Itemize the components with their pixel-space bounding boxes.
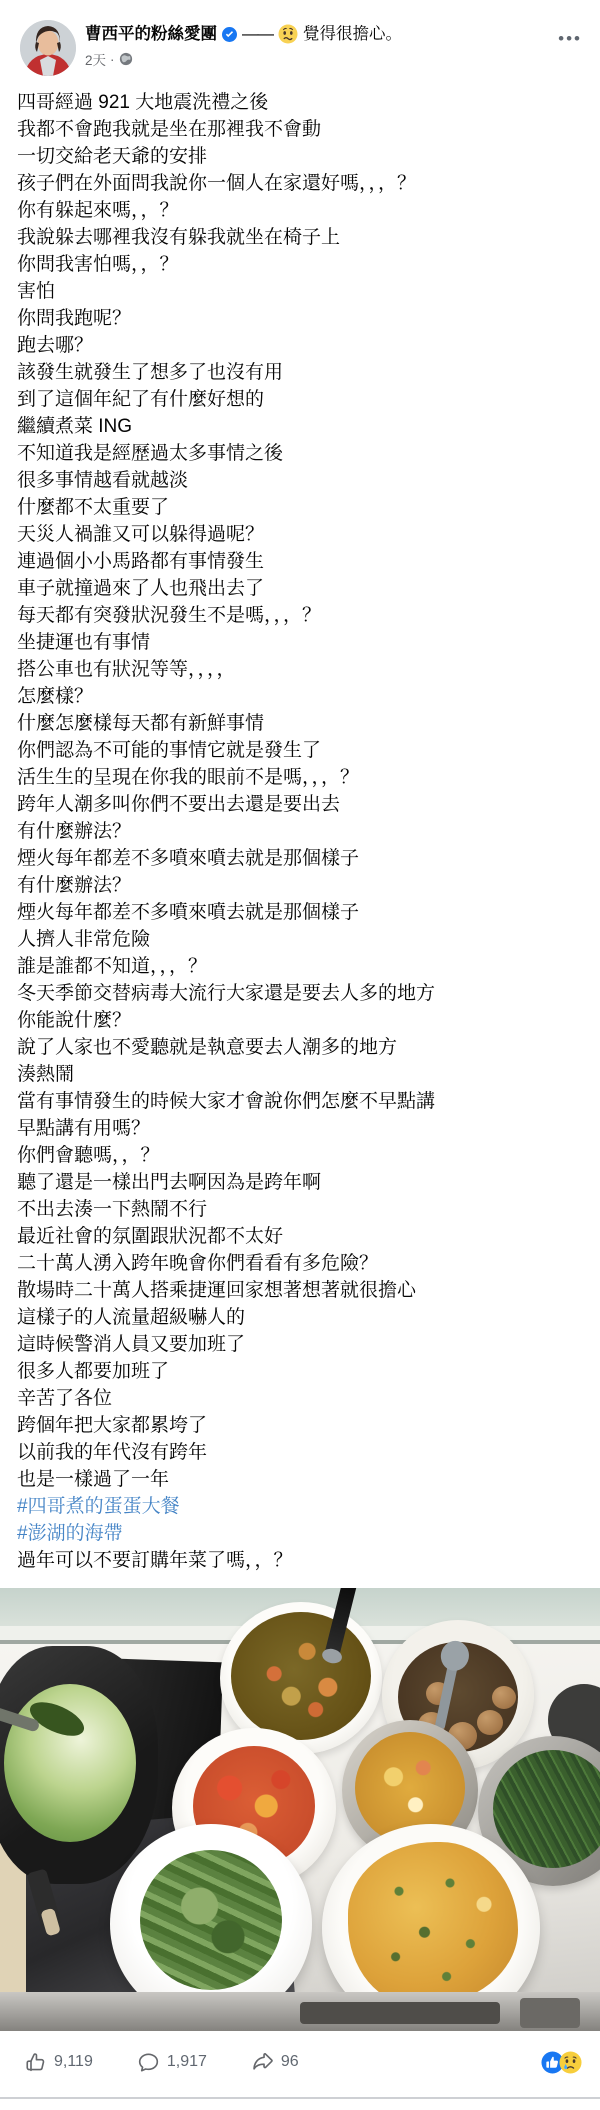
post-line: 一切交給老天爺的安排	[17, 143, 583, 170]
post-text: 四哥經過 921 大地震洗禮之後我都不會跑我就是坐在那裡我不會動一切交給老天爺的…	[0, 82, 600, 1582]
post-line: 坐捷運也有事情	[17, 629, 583, 656]
share-count: 96	[281, 2053, 299, 2071]
post-line: 車子就撞過來了人也飛出去了	[17, 575, 583, 602]
hashtag-link[interactable]: #澎湖的海帶	[17, 1520, 583, 1547]
post-line: 過年可以不要訂購年菜了嗎，，？	[17, 1547, 583, 1574]
post-line: 孩子們在外面問我說你一個人在家還好嗎，，，？	[17, 170, 583, 197]
post-line: 到了這個年紀了有什麼好想的	[17, 386, 583, 413]
post-line: 有什麼辦法？	[17, 818, 583, 845]
post-line: 你能說什麼？	[17, 1007, 583, 1034]
share-arrow-icon	[251, 2051, 274, 2074]
post-line: 你有躲起來嗎，，？	[17, 197, 583, 224]
post-line: 你們會聽嗎，，？	[17, 1142, 583, 1169]
comment-bubble-icon	[137, 2051, 160, 2074]
like-button[interactable]: 9,119	[24, 2051, 93, 2074]
post-line: 害怕	[17, 278, 583, 305]
post-line: 跨個年把大家都累垮了	[17, 1412, 583, 1439]
name-row: 曹西平的粉絲愛團 —— 覺得很擔心。	[85, 23, 402, 45]
post-line: 我都不會跑我就是坐在那裡我不會動	[17, 116, 583, 143]
green-soup-pot	[0, 1646, 158, 1884]
post-line: 你們認為不可能的事情它就是發生了	[17, 737, 583, 764]
post-line: 我說躲去哪裡我沒有躲我就坐在椅子上	[17, 224, 583, 251]
post-line: 煙火每年都差不多噴來噴去就是那個樣子	[17, 845, 583, 872]
bottom-divider	[0, 2097, 600, 2099]
post-line: 有什麼辦法？	[17, 872, 583, 899]
post-line: 聽了還是一樣出門去啊因為是跨年啊	[17, 1169, 583, 1196]
sad-reaction-badge	[559, 2051, 582, 2074]
post-line: 活生生的呈現在你我的眼前不是嗎，，，？	[17, 764, 583, 791]
post-line: 很多事情越看就越淡	[17, 467, 583, 494]
meta-dot: ·	[110, 52, 115, 67]
share-button[interactable]: 96	[251, 2051, 299, 2074]
post-line: 天災人禍誰又可以躲得過呢？	[17, 521, 583, 548]
post-line: 每天都有突發狀況發生不是嗎，，，？	[17, 602, 583, 629]
post-line: 早點講有用嗎？	[17, 1115, 583, 1142]
page-name[interactable]: 曹西平的粉絲愛團	[85, 23, 217, 45]
green-onion-omelette	[348, 1842, 518, 2006]
verified-badge-icon	[222, 27, 237, 42]
post-line: 當有事情發生的時候大家才會說你們怎麼不早點講	[17, 1088, 583, 1115]
green-soup	[4, 1684, 136, 1842]
post-line: 什麼怎麼樣每天都有新鮮事情	[17, 710, 583, 737]
post-line: 這樣子的人流量超級嚇人的	[17, 1304, 583, 1331]
avatar[interactable]	[20, 20, 76, 76]
comment-button[interactable]: 1,917	[137, 2051, 207, 2074]
post-line: 這時候警消人員又要加班了	[17, 1331, 583, 1358]
post-line: 最近社會的氛圍跟狀況都不太好	[17, 1223, 583, 1250]
post-line: 跨年人潮多叫你們不要出去還是要出去	[17, 791, 583, 818]
post-line: 也是一樣過了一年	[17, 1466, 583, 1493]
post-line: 以前我的年代沒有跨年	[17, 1439, 583, 1466]
post-line: 該發生就發生了想多了也沒有用	[17, 359, 583, 386]
header-text: 曹西平的粉絲愛團 —— 覺得很擔心。 2天 ·	[85, 20, 402, 76]
stir-fried-greens	[493, 1750, 600, 1868]
feeling-text: 覺得很擔心。	[303, 23, 402, 45]
reaction-summary[interactable]	[541, 2051, 582, 2074]
worried-emoji	[278, 24, 298, 44]
avatar-photo	[20, 20, 76, 76]
braised-egg	[477, 1710, 503, 1735]
post-line: 人擠人非常危險	[17, 926, 583, 953]
post-line: 說了人家也不愛聽就是執意要去人潮多的地方	[17, 1034, 583, 1061]
post-line: 誰是誰都不知道，，，？	[17, 953, 583, 980]
post-line: 散場時二十萬人搭乘捷運回家想著想著就很擔心	[17, 1277, 583, 1304]
post-line: 不出去湊一下熱鬧不行	[17, 1196, 583, 1223]
post-line: 什麼都不太重要了	[17, 494, 583, 521]
post-line: 煙火每年都差不多噴來噴去就是那個樣子	[17, 899, 583, 926]
engagement-bar: 9,119 1,917 96	[0, 2031, 600, 2093]
post-header: 曹西平的粉絲愛團 —— 覺得很擔心。 2天 ·	[0, 0, 600, 82]
post-photo[interactable]: SAKURA	[0, 1588, 600, 2031]
post-line: 不知道我是經歷過太多事情之後	[17, 440, 583, 467]
timestamp[interactable]: 2天	[85, 49, 106, 69]
post-line: 你問我跑呢？	[17, 305, 583, 332]
post-line: 繼續煮菜 ING	[17, 413, 583, 440]
post-line: 很多人都要加班了	[17, 1358, 583, 1385]
post-line: 冬天季節交替病毒大流行大家還是要去人多的地方	[17, 980, 583, 1007]
post-line: 跑去哪？	[17, 332, 583, 359]
like-count: 9,119	[54, 2053, 93, 2071]
post-line: 四哥經過 921 大地震洗禮之後	[17, 89, 583, 116]
braised-egg	[492, 1686, 516, 1709]
post-line: 二十萬人湧入跨年晚會你們看看有多危險？	[17, 1250, 583, 1277]
comment-count: 1,917	[167, 2053, 207, 2071]
post-line: 搭公車也有狀況等等，，，，	[17, 656, 583, 683]
post-meta: 2天 ·	[85, 49, 402, 69]
feeling-dash: ——	[242, 23, 273, 45]
hashtag-link[interactable]: #四哥煮的蛋蛋大餐	[17, 1493, 583, 1520]
washer-band	[0, 1992, 600, 2031]
globe-icon	[119, 52, 133, 66]
post-line: 你問我害怕嗎，，？	[17, 251, 583, 278]
boiled-lettuce	[140, 1850, 282, 1990]
post-line: 辛苦了各位	[17, 1385, 583, 1412]
post-line: 怎麼樣？	[17, 683, 583, 710]
thumbs-up-outline-icon	[24, 2051, 47, 2074]
post-line: 湊熱鬧	[17, 1061, 583, 1088]
post-line: 連過個小小馬路都有事情發生	[17, 548, 583, 575]
more-options-icon[interactable]: •••	[558, 30, 582, 47]
